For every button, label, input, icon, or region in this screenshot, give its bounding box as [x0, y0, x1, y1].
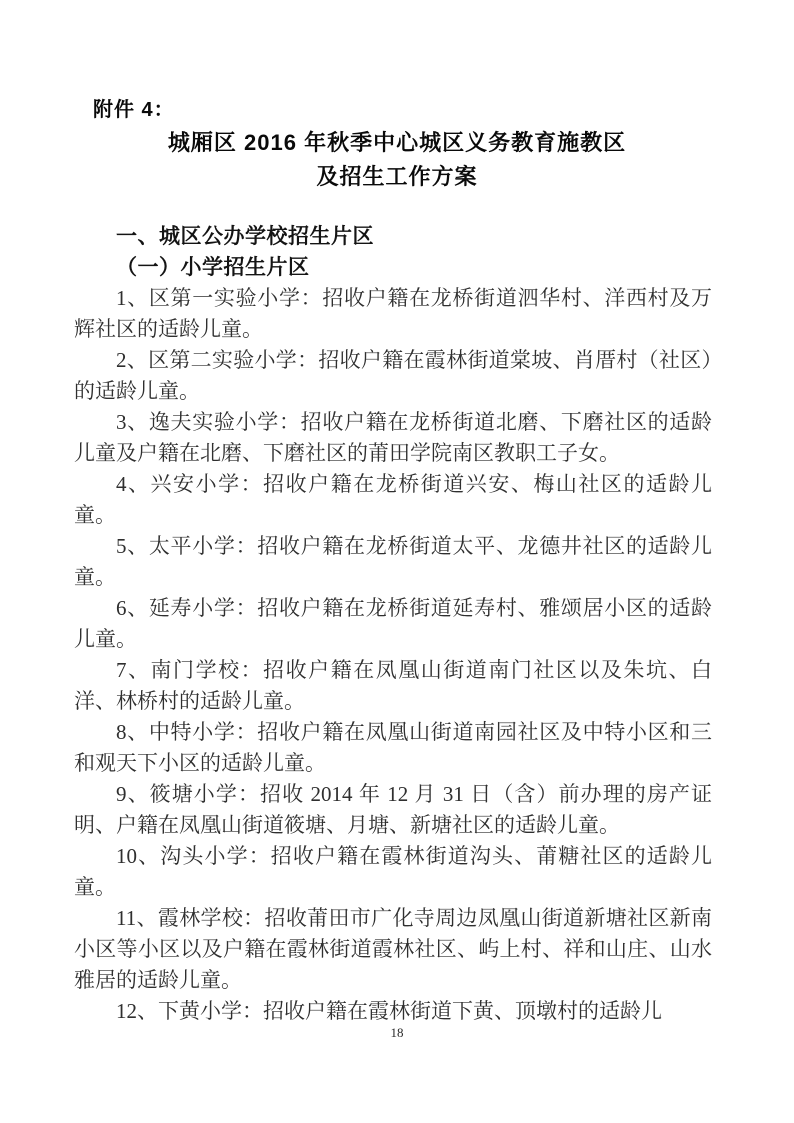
document-title-line-1: 城厢区 2016 年秋季中心城区义务教育施教区: [0, 126, 794, 160]
attachment-label: 附件 4：: [93, 93, 175, 122]
paragraph-school-9: 9、筱塘小学：招收 2014 年 12 月 31 日（含）前办理的房产证明、户籍…: [74, 779, 712, 841]
document-title: 城厢区 2016 年秋季中心城区义务教育施教区 及招生工作方案: [0, 126, 794, 194]
document-title-line-2: 及招生工作方案: [0, 160, 794, 194]
subsection-heading: （一）小学招生片区: [74, 252, 712, 283]
paragraph-school-8: 8、中特小学：招收户籍在凤凰山街道南园社区及中特小区和三和观天下小区的适龄儿童。: [74, 717, 712, 779]
page-number: 18: [0, 1025, 794, 1041]
paragraph-school-12: 12、下黄小学：招收户籍在霞林街道下黄、顶墩村的适龄儿: [74, 996, 712, 1027]
paragraph-school-5: 5、太平小学：招收户籍在龙桥街道太平、龙德井社区的适龄儿童。: [74, 531, 712, 593]
section-heading: 一、城区公办学校招生片区: [74, 221, 712, 252]
paragraph-school-3: 3、逸夫实验小学：招收户籍在龙桥街道北磨、下磨社区的适龄儿童及户籍在北磨、下磨社…: [74, 407, 712, 469]
paragraph-school-10: 10、沟头小学：招收户籍在霞林街道沟头、莆糖社区的适龄儿童。: [74, 841, 712, 903]
document-body: 一、城区公办学校招生片区 （一）小学招生片区 1、区第一实验小学：招收户籍在龙桥…: [74, 221, 712, 1027]
paragraph-school-4: 4、兴安小学：招收户籍在龙桥街道兴安、梅山社区的适龄儿童。: [74, 469, 712, 531]
paragraph-school-7: 7、南门学校：招收户籍在凤凰山街道南门社区以及朱坑、白洋、林桥村的适龄儿童。: [74, 655, 712, 717]
paragraph-school-2: 2、区第二实验小学：招收户籍在霞林街道棠坡、肖厝村（社区）的适龄儿童。: [74, 345, 712, 407]
paragraph-school-1: 1、区第一实验小学：招收户籍在龙桥街道泗华村、洋西村及万辉社区的适龄儿童。: [74, 283, 712, 345]
paragraph-school-11: 11、霞林学校：招收莆田市广化寺周边凤凰山街道新塘社区新南小区等小区以及户籍在霞…: [74, 903, 712, 996]
paragraph-school-6: 6、延寿小学：招收户籍在龙桥街道延寿村、雅颂居小区的适龄儿童。: [74, 593, 712, 655]
document-page: 附件 4： 城厢区 2016 年秋季中心城区义务教育施教区 及招生工作方案 一、…: [0, 0, 794, 1123]
